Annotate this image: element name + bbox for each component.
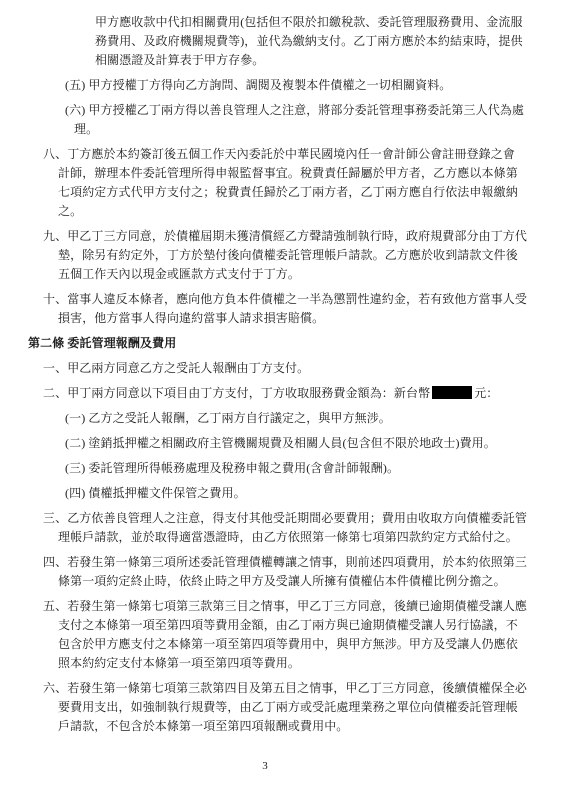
text-line: (四) 債權抵押權文件保管之費用。 — [0, 484, 561, 503]
text-line: 之。 — [0, 202, 561, 221]
clause1-sub-item5: (五) 甲方授權丁方得向乙方詢問、調閱及複製本件債權之一切相關資料。 — [0, 76, 561, 95]
text-line: 相關憑證及計算表于甲方存參。 — [0, 51, 561, 70]
text-line: 包含於甲方應支付之本條第一項至第四項等費用中，與甲方無涉。甲方及受讓人仍應依 — [0, 635, 561, 654]
text-line: 計師，辦理本件委託管理所得申報監督事宜。稅費責任歸屬於甲方者，乙方應以本條第 — [0, 164, 561, 183]
text-line: 條第一項約定終止時，依終止時之甲方及受讓人所擁有債權佔本件債權比例分擔之。 — [0, 572, 561, 591]
clause2-item1: 一、甲乙兩方同意乙方之受託人報酬由丁方支付。 — [0, 359, 561, 378]
clause2-sub-item3: (三) 委託管理所得帳務處理及稅務申報之費用(含會計師報酬)。 — [0, 459, 561, 478]
clause1-item9: 九、甲乙丁三方同意，於債權屆期未獲清償經乙方聲請強制執行時，政府規費部分由丁方代… — [0, 227, 561, 284]
text-line: 七項約定方式代甲方支付之；稅費責任歸於乙丁兩方者，乙丁兩方應自行依法申報繳納 — [0, 183, 561, 202]
text-line: 損害，他方當事人得向違約當事人請求損害賠償。 — [0, 309, 561, 328]
clause2-sub-item4: (四) 債權抵押權文件保管之費用。 — [0, 484, 561, 503]
document-page: 甲方應收款中代扣相關費用(包括但不限於扣繳稅款、委託管理服務費用、金流服 務費用… — [0, 0, 561, 804]
clause2-item5: 五、若發生第一條第七項第三款第三目之情事，甲乙丁三方同意，後續已逾期債權受讓人應… — [0, 597, 561, 673]
clause2-item2: 二、甲丁兩方同意以下項目由丁方支付，丁方收取服務費金額為：新台幣元： — [0, 384, 561, 403]
text-line: 照本約約定支付本條第一項至第四項等費用。 — [0, 654, 561, 673]
text-line: 三、乙方依善良管理人之注意，得支付其他受託期間必要費用；費用由收取方向債權委託管 — [0, 509, 561, 528]
text-line: 四、若發生第一條第三項所述委託管理債權轉讓之情事，則前述四項費用，於本約依照第三 — [0, 553, 561, 572]
clause1-item8: 八、丁方應於本約簽訂後五個工作天內委託於中華民國境內任一會計師公會註冊登錄之會 … — [0, 145, 561, 221]
text-line: (六) 甲方授權乙丁兩方得以善良管理人之注意，將部分委託管理事務委託第三人代為處 — [0, 101, 561, 120]
text-line: 要費用支出，如強制執行規費等，由乙丁兩方或受託處理業務之單位向債權委託管理帳 — [0, 698, 561, 717]
text-line: (一) 乙方之受託人報酬，乙丁兩方自行議定之，與甲方無涉。 — [0, 409, 561, 428]
clause1-sub-item4-continuation: 甲方應收款中代扣相關費用(包括但不限於扣繳稅款、委託管理服務費用、金流服 務費用… — [0, 13, 561, 70]
text-line: 六、若發生第一條第七項第三款第四目及第五目之情事，甲乙丁三方同意，後續債權保全必 — [0, 679, 561, 698]
text-line: 理帳戶請款，並於取得適當憑證時，由乙方依照第一條第七項第四款約定方式給付之。 — [0, 528, 561, 547]
clause2-sub-item2: (二) 塗銷抵押權之相關政府主管機關規費及相關人員(包含但不限於地政士)費用。 — [0, 434, 561, 453]
clause1-sub-item6: (六) 甲方授權乙丁兩方得以善良管理人之注意，將部分委託管理事務委託第三人代為處… — [0, 101, 561, 139]
redacted-line-suffix: 元： — [474, 386, 498, 400]
clause2-heading: 第二條 委託管理報酬及費用 — [0, 334, 561, 353]
text-line-with-redaction: 二、甲丁兩方同意以下項目由丁方支付，丁方收取服務費金額為：新台幣元： — [0, 384, 561, 403]
text-line: (三) 委託管理所得帳務處理及稅務申報之費用(含會計師報酬)。 — [0, 459, 561, 478]
redacted-line-prefix: 二、甲丁兩方同意以下項目由丁方支付，丁方收取服務費金額為：新台幣 — [43, 386, 430, 400]
clause2-item3: 三、乙方依善良管理人之注意，得支付其他受託期間必要費用；費用由收取方向債權委託管… — [0, 509, 561, 547]
clause1-item10: 十、當事人違反本條者，應向他方負本件債權之一半為懲罰性違約金，若有致他方當事人受… — [0, 290, 561, 328]
text-line: 務費用、及政府機關規費等)，並代為繳納支付。乙丁兩方應於本約結束時，提供 — [0, 32, 561, 51]
text-line: 五、若發生第一條第七項第三款第三目之情事，甲乙丁三方同意，後續已逾期債權受讓人應 — [0, 597, 561, 616]
text-line: 甲方應收款中代扣相關費用(包括但不限於扣繳稅款、委託管理服務費用、金流服 — [0, 13, 561, 32]
text-line: 理。 — [0, 120, 561, 139]
text-line: 支付之本條第一項至第四項等費用金額，由乙丁兩方與已逾期債權受讓人另行協議，不 — [0, 616, 561, 635]
text-line: 戶請款，不包含於本條第一項至第四項報酬或費用中。 — [0, 717, 561, 736]
clause2-item6: 六、若發生第一條第七項第三款第四目及第五目之情事，甲乙丁三方同意，後續債權保全必… — [0, 679, 561, 736]
text-line: (五) 甲方授權丁方得向乙方詢問、調閱及複製本件債權之一切相關資料。 — [0, 76, 561, 95]
page-number: 3 — [0, 759, 530, 773]
text-line: 五個工作天內以現金或匯款方式支付于丁方。 — [0, 265, 561, 284]
clause2-item4: 四、若發生第一條第三項所述委託管理債權轉讓之情事，則前述四項費用，於本約依照第三… — [0, 553, 561, 591]
text-line: 墊，除另有約定外，丁方於墊付後向債權委託管理帳戶請款。乙方應於收到請款文件後 — [0, 246, 561, 265]
text-line: (二) 塗銷抵押權之相關政府主管機關規費及相關人員(包含但不限於地政士)費用。 — [0, 434, 561, 453]
text-line: 一、甲乙兩方同意乙方之受託人報酬由丁方支付。 — [0, 359, 561, 378]
text-line: 十、當事人違反本條者，應向他方負本件債權之一半為懲罰性違約金，若有致他方當事人受 — [0, 290, 561, 309]
text-line: 九、甲乙丁三方同意，於債權屆期未獲清償經乙方聲請強制執行時，政府規費部分由丁方代 — [0, 227, 561, 246]
clause2-sub-item1: (一) 乙方之受託人報酬，乙丁兩方自行議定之，與甲方無涉。 — [0, 409, 561, 428]
redaction-box — [432, 386, 472, 399]
text-line: 八、丁方應於本約簽訂後五個工作天內委託於中華民國境內任一會計師公會註冊登錄之會 — [0, 145, 561, 164]
